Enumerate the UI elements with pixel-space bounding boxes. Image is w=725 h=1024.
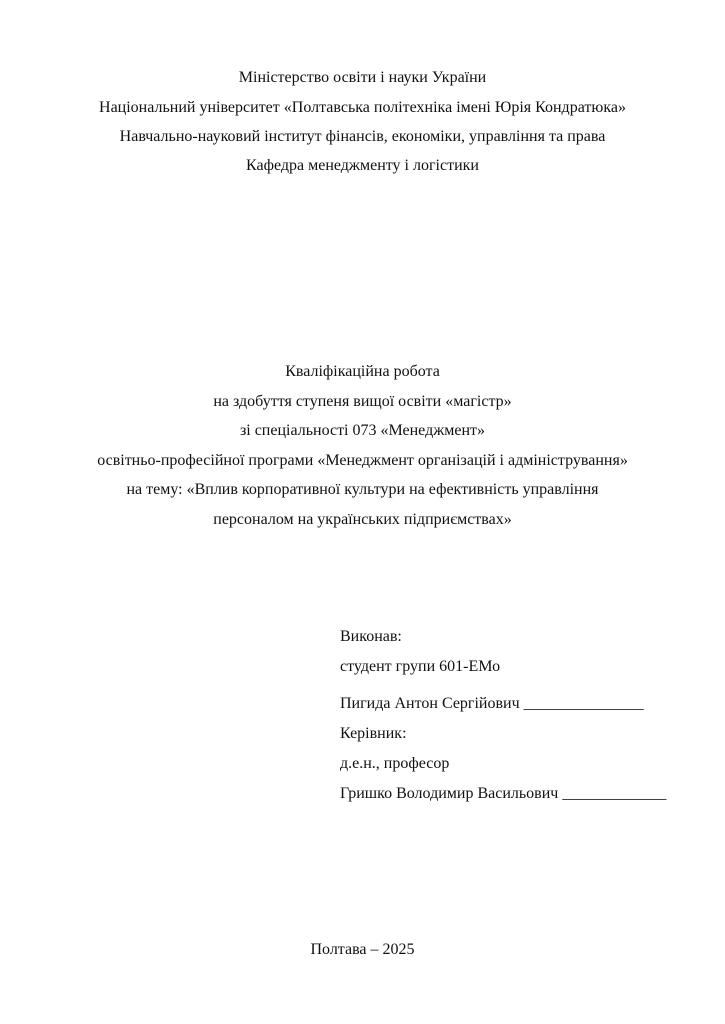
department-heading: Кафедра менеджменту і логістики <box>0 156 725 176</box>
student-group: студент групи 601-ЕМо <box>340 657 500 677</box>
program-line: освітньо-професійної програми «Менеджмен… <box>0 451 725 471</box>
performed-label: Виконав: <box>340 627 402 647</box>
supervisor-name-signature: Гришко Володимир Васильович ____________… <box>340 784 666 804</box>
institute-heading: Навчально-науковий інститут фінансів, ек… <box>0 127 725 147</box>
specialty-line: зі спеціальності 073 «Менеджмент» <box>0 421 725 441</box>
degree-line: на здобуття ступеня вищої освіти «магіст… <box>0 392 725 412</box>
supervisor-label: Керівник: <box>340 724 407 744</box>
student-name-signature: Пигида Антон Сергійович _______________ <box>340 694 644 714</box>
ministry-heading: Міністерство освіти і науки України <box>0 68 725 88</box>
supervisor-title: д.е.н., професор <box>340 754 449 774</box>
topic-line-1: на тему: «Вплив корпоративної культури н… <box>0 480 725 500</box>
work-type: Кваліфікаційна робота <box>0 362 725 382</box>
topic-line-2: персоналом на українських підприємствах» <box>0 510 725 530</box>
city-year: Полтава – 2025 <box>0 940 725 960</box>
document-page: Міністерство освіти і науки України Наці… <box>0 0 725 1024</box>
university-heading: Національний університет «Полтавська пол… <box>0 98 725 118</box>
